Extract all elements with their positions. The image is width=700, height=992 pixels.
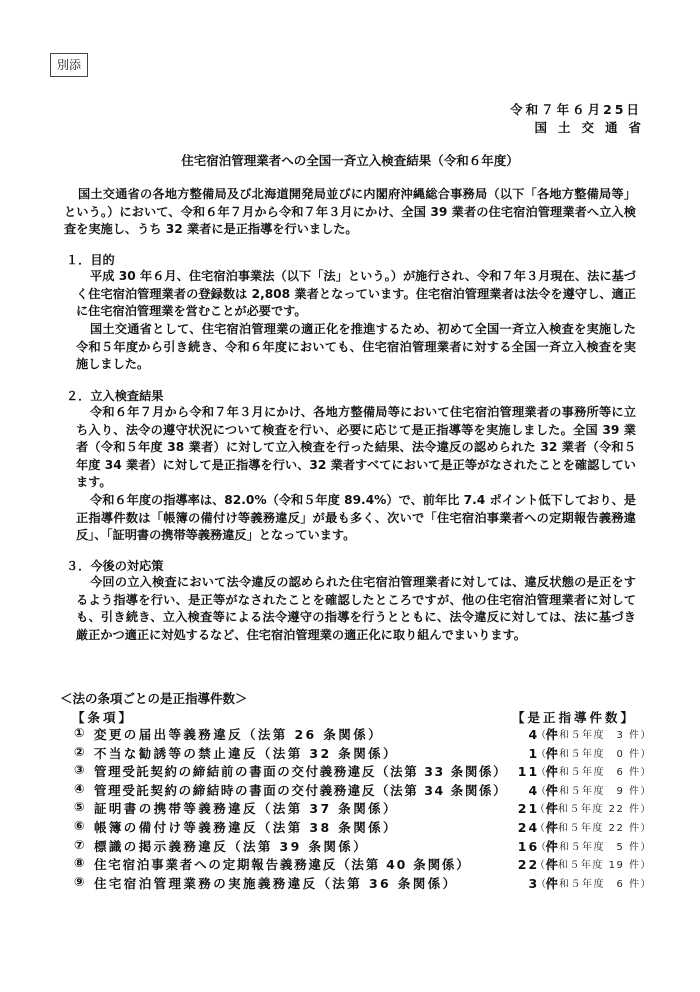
violations-title: ＜法の条項ごとの是正指導件数＞ — [60, 689, 248, 707]
row-number: ① — [74, 725, 92, 740]
violation-row: ⑥ 帳簿の備付け等義務違反（法第 38 条関係） 24 件 （令和５年度 22 … — [74, 818, 664, 837]
violation-row: ⑤ 証明書の携帯等義務違反（法第 37 条関係） 21 件 （令和５年度 22 … — [74, 799, 664, 818]
document-date: 令和７年６月25日 — [510, 100, 642, 118]
row-prev-year: （令和５年度 3 件） — [536, 726, 652, 741]
row-item: 変更の届出等義務違反（法第 26 条関係） — [94, 725, 383, 743]
row-item: 管理受託契約の締結前の書面の交付義務違反（法第 33 条関係） — [94, 762, 507, 780]
section-1-paragraph-1: 平成 30 年６月、住宅宿泊事業法（以下「法」という。）が施行され、令和７年３月… — [76, 268, 636, 321]
row-number: ⑨ — [74, 874, 92, 889]
row-prev-year: （令和５年度 9 件） — [536, 782, 652, 797]
row-prev-year: （令和５年度 6 件） — [536, 763, 652, 778]
row-prev-year: （令和５年度 22 件） — [535, 800, 652, 815]
row-number: ⑥ — [74, 818, 92, 833]
row-item: 帳簿の備付け等義務違反（法第 38 条関係） — [94, 818, 398, 836]
violation-row: ⑦ 標識の掲示義務違反（法第 39 条関係） 16 件 （令和５年度 5 件） — [74, 837, 664, 856]
row-item: 住宅宿泊事業者への定期報告義務違反（法第 40 条関係） — [94, 855, 471, 873]
row-prev-year: （令和５年度 0 件） — [536, 745, 652, 760]
violations-header-item: 【条項】 — [72, 708, 134, 726]
row-item: 不当な勧誘等の禁止違反（法第 32 条関係） — [94, 744, 398, 762]
violation-row: ③ 管理受託契約の締結前の書面の交付義務違反（法第 33 条関係） 11 件 （… — [74, 762, 664, 781]
section-1-heading: １．目的 — [66, 251, 115, 268]
row-item: 証明書の携帯等義務違反（法第 37 条関係） — [94, 799, 398, 817]
row-number: ② — [74, 744, 92, 759]
section-2-paragraph-1: 令和６年７月から令和７年３月にかけ、各地方整備局等において住宅宿泊管理業者の事務… — [76, 404, 636, 492]
row-prev-year: （令和５年度 19 件） — [535, 856, 652, 871]
violation-row: ⑧ 住宅宿泊事業者への定期報告義務違反（法第 40 条関係） 22 件 （令和５… — [74, 855, 664, 874]
section-2-paragraph-2: 令和６年度の指導率は、82.0%（令和５年度 89.4%）で、前年比 7.4 ポ… — [76, 492, 636, 545]
violation-row: ② 不当な勧誘等の禁止違反（法第 32 条関係） 1 件 （令和５年度 0 件） — [74, 744, 664, 763]
section-1-paragraph-2: 国土交通省として、住宅宿泊管理業の適正化を推進するため、初めて全国一斉立入検査を… — [76, 321, 636, 374]
attachment-label: 別添 — [50, 53, 88, 77]
section-2-heading: ２．立入検査結果 — [66, 387, 164, 404]
violation-row: ④ 管理受託契約の締結時の書面の交付義務違反（法第 34 条関係） 4 件 （令… — [74, 781, 664, 800]
row-number: ⑤ — [74, 799, 92, 814]
row-item: 管理受託契約の締結時の書面の交付義務違反（法第 34 条関係） — [94, 781, 507, 799]
row-number: ⑦ — [74, 837, 92, 852]
row-item: 住宅宿泊管理業務の実施義務違反（法第 36 条関係） — [94, 874, 458, 892]
intro-paragraph: 国土交通省の各地方整備局及び北海道開発局並びに内閣府沖縄総合事務局（以下「各地方… — [64, 186, 636, 239]
row-number: ③ — [74, 762, 92, 777]
issuing-ministry: 国土交通省 — [534, 118, 652, 136]
violations-header-count: 【是正指導件数】 — [512, 708, 636, 726]
violations-list: ① 変更の届出等義務違反（法第 26 条関係） 4 件 （令和５年度 3 件） … — [74, 725, 664, 892]
violation-row: ⑨ 住宅宿泊管理業務の実施義務違反（法第 36 条関係） 3 件 （令和５年度 … — [74, 874, 664, 893]
document-title: 住宅宿泊管理業者への全国一斉立入検査結果（令和６年度） — [0, 151, 700, 169]
row-prev-year: （令和５年度 22 件） — [535, 819, 652, 834]
row-number: ④ — [74, 781, 92, 796]
row-item: 標識の掲示義務違反（法第 39 条関係） — [94, 837, 368, 855]
row-prev-year: （令和５年度 6 件） — [536, 875, 652, 890]
row-number: ⑧ — [74, 855, 92, 870]
section-3-paragraph-1: 今回の立入検査において法令違反の認められた住宅宿泊管理業者に対しては、違反状態の… — [76, 574, 636, 644]
row-prev-year: （令和５年度 5 件） — [536, 838, 652, 853]
section-3-heading: ３．今後の対応策 — [66, 557, 164, 574]
violation-row: ① 変更の届出等義務違反（法第 26 条関係） 4 件 （令和５年度 3 件） — [74, 725, 664, 744]
